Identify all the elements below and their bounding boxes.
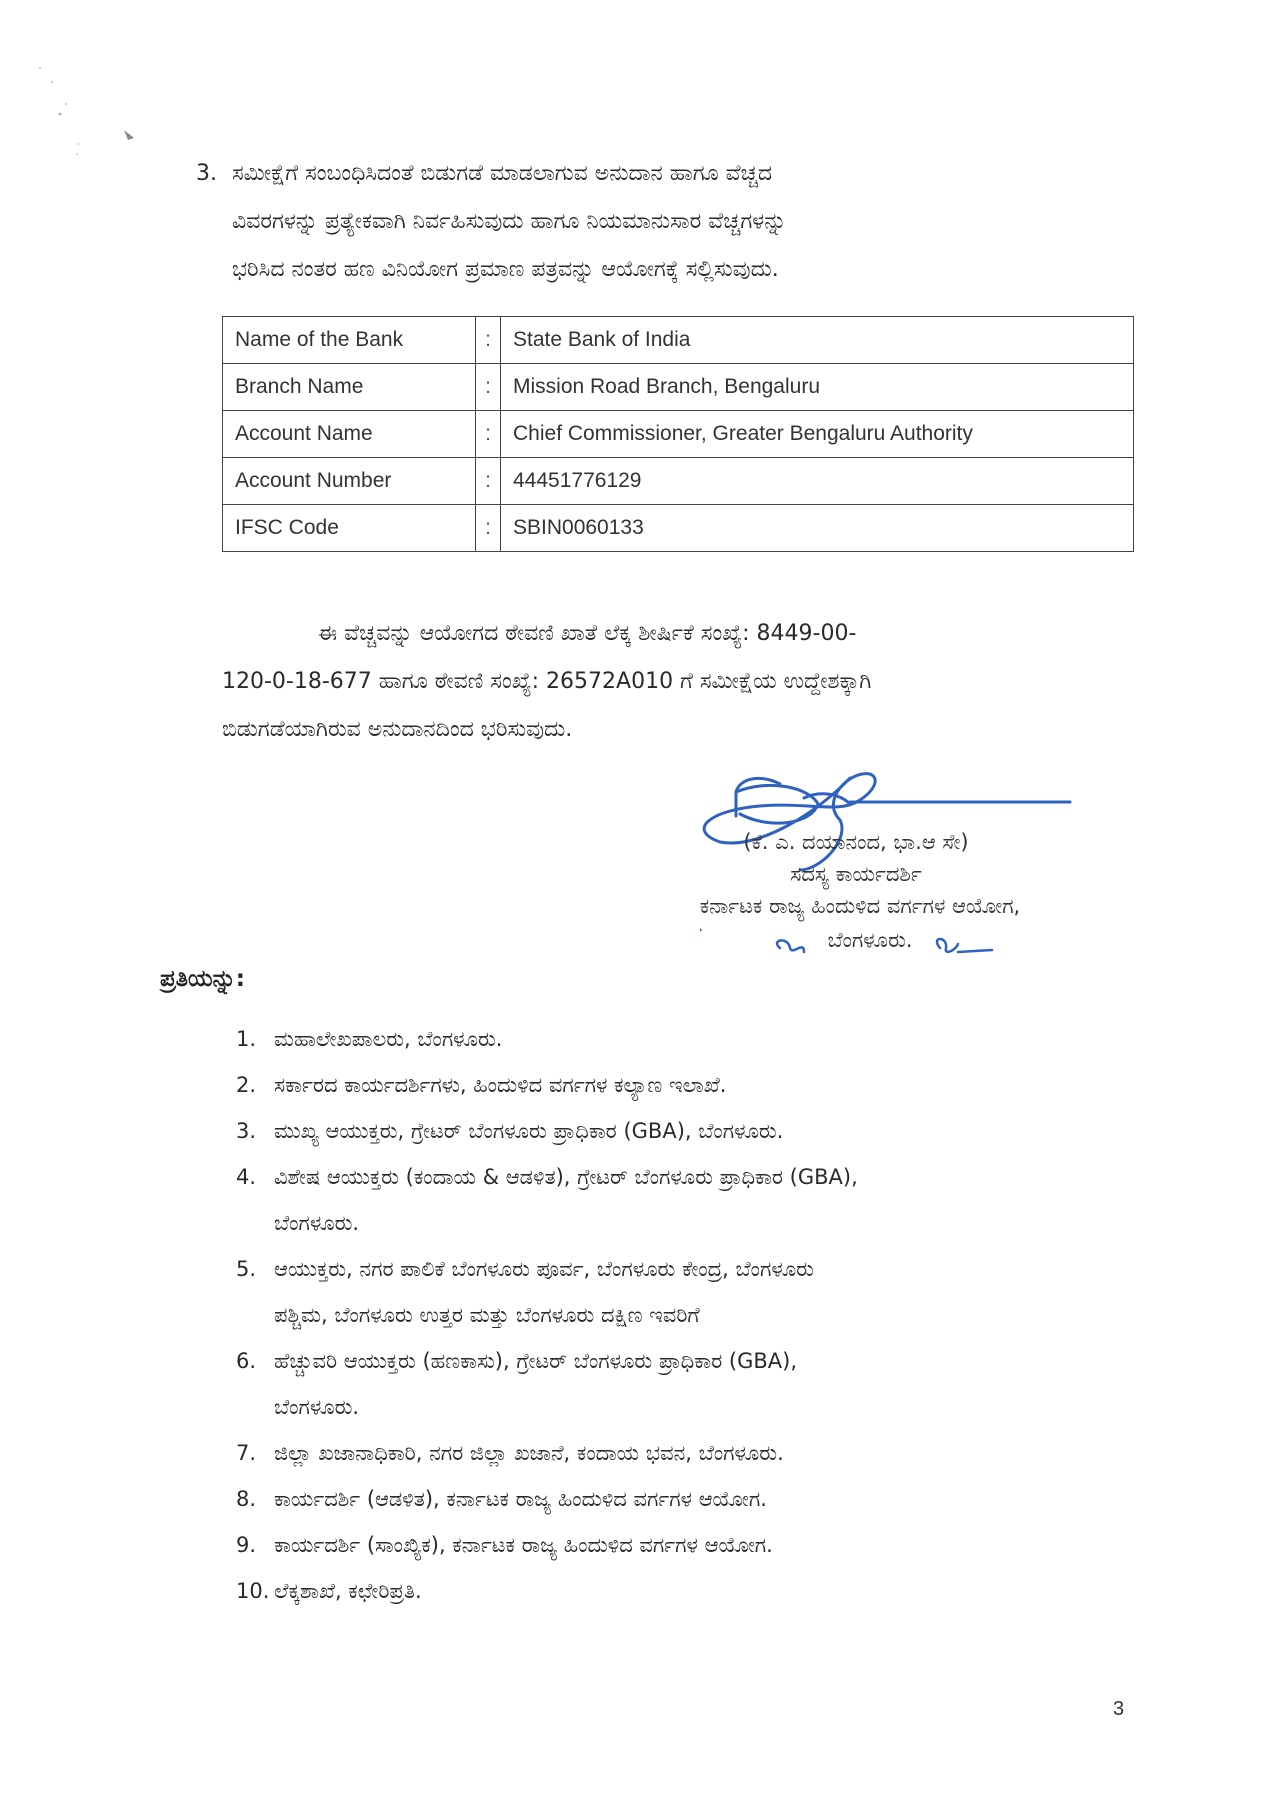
list-text: ಕಾರ್ಯದರ್ಶಿ (ಆಡಳಿತ), ಕರ್ನಾಟಕ ರಾಜ್ಯ ಹಿಂದುಳ… (274, 1476, 1126, 1522)
account-name-label: Account Name (223, 411, 476, 458)
separator: : (476, 364, 501, 411)
list-number: 5. (236, 1246, 256, 1292)
separator: : (476, 317, 501, 364)
list-number: 9. (236, 1522, 256, 1568)
list-item: 10. ಲೆಕ್ಕಶಾಖೆ, ಕಛೇರಿಪ್ರತಿ. (236, 1568, 1126, 1614)
list-item: 6. ಹೆಚ್ಚುವರಿ ಆಯುಕ್ತರು (ಹಣಕಾಸು), ಗ್ರೇಟರ್ … (236, 1338, 1126, 1430)
table-row: IFSC Code : SBIN0060133 (223, 505, 1134, 552)
bank-name-label: Name of the Bank (223, 317, 476, 364)
paragraph-line: ಬಿಡುಗಡೆಯಾಗಿರುವ ಅನುದಾನದಿಂದ ಭರಿಸುವುದು. (222, 706, 1132, 754)
list-text: ಜಿಲ್ಲಾ ಖಜಾನಾಧಿಕಾರಿ, ನಗರ ಜಿಲ್ಲಾ ಖಜಾನೆ, ಕಂ… (274, 1430, 1126, 1476)
list-text: ಪಶ್ಚಿಮ, ಬೆಂಗಳೂರು ಉತ್ತರ ಮತ್ತು ಬೆಂಗಳೂರು ದಕ… (274, 1292, 1126, 1338)
list-number: 7. (236, 1430, 256, 1476)
list-number: 2. (236, 1062, 256, 1108)
list-number: 1. (236, 1016, 256, 1062)
list-text: ಕಾರ್ಯದರ್ಶಿ (ಸಾಂಖ್ಯಿಕ), ಕರ್ನಾಟಕ ರಾಜ್ಯ ಹಿಂ… (274, 1522, 1126, 1568)
paragraph-line: ವಿವರಗಳನ್ನು ಪ್ರತ್ಯೇಕವಾಗಿ ನಿರ್ವಹಿಸುವುದು ಹಾ… (196, 198, 1126, 246)
table-row: Account Name : Chief Commissioner, Great… (223, 411, 1134, 458)
signatory-organization: ಕರ್ನಾಟಕ ರಾಜ್ಯ ಹಿಂದುಳಿದ ವರ್ಗಗಳ ಆಯೋಗ, (610, 894, 1110, 919)
paragraph-line: ಭರಿಸಿದ ನಂತರ ಹಣ ವಿನಿಯೋಗ ಪ್ರಮಾಣ ಪತ್ರವನ್ನು … (196, 246, 1126, 294)
list-text: ಬೆಂಗಳೂರು. (274, 1384, 1126, 1430)
list-item: 5. ಆಯುಕ್ತರು, ನಗರ ಪಾಲಿಕೆ ಬೆಂಗಳೂರು ಪೂರ್ವ, … (236, 1246, 1126, 1338)
signatory-name: (ಕೆ. ಎ. ದಯಾನಂದ, ಭಾ.ಆ ಸೇ) (706, 830, 1006, 855)
list-item: 1. ಮಹಾಲೇಖಪಾಲರು, ಬೆಂಗಳೂರು. (236, 1016, 1126, 1062)
list-item: 4. ವಿಶೇಷ ಆಯುಕ್ತರು (ಕಂದಾಯ & ಆಡಳಿತ), ಗ್ರೇಟ… (236, 1154, 1126, 1246)
list-number: 3. (236, 1108, 256, 1154)
list-number: 10. (236, 1568, 269, 1614)
branch-name-value: Mission Road Branch, Bengaluru (501, 364, 1134, 411)
account-number-label: Account Number (223, 458, 476, 505)
list-text: ಆಯುಕ್ತರು, ನಗರ ಪಾಲಿಕೆ ಬೆಂಗಳೂರು ಪೂರ್ವ, ಬೆಂ… (274, 1246, 1126, 1292)
list-item: 9. ಕಾರ್ಯದರ್ಶಿ (ಸಾಂಖ್ಯಿಕ), ಕರ್ನಾಟಕ ರಾಜ್ಯ … (236, 1522, 1126, 1568)
list-item: 8. ಕಾರ್ಯದರ್ಶಿ (ಆಡಳಿತ), ಕರ್ನಾಟಕ ರಾಜ್ಯ ಹಿಂ… (236, 1476, 1126, 1522)
separator: : (476, 505, 501, 552)
paragraph-number: 3. (196, 150, 230, 198)
list-item: 7. ಜಿಲ್ಲಾ ಖಜಾನಾಧಿಕಾರಿ, ನಗರ ಜಿಲ್ಲಾ ಖಜಾನೆ,… (236, 1430, 1126, 1476)
list-text: ಲೆಕ್ಕಶಾಖೆ, ಕಛೇರಿಪ್ರತಿ. (274, 1568, 1126, 1614)
list-text: ಹೆಚ್ಚುವರಿ ಆಯುಕ್ತರು (ಹಣಕಾಸು), ಗ್ರೇಟರ್ ಬೆಂ… (274, 1338, 1126, 1384)
ifsc-code-value: SBIN0060133 (501, 505, 1134, 552)
account-name-value: Chief Commissioner, Greater Bengaluru Au… (501, 411, 1134, 458)
signatory-city: ಬೆಂಗಳೂರು. (790, 928, 950, 953)
list-number: 4. (236, 1154, 256, 1200)
separator: : (476, 458, 501, 505)
scan-artifact (30, 60, 150, 180)
list-text: ಸರ್ಕಾರದ ಕಾರ್ಯದರ್ಶಿಗಳು, ಹಿಂದುಳಿದ ವರ್ಗಗಳ ಕ… (274, 1062, 1126, 1108)
list-text: ಮಹಾಲೇಖಪಾಲರು, ಬೆಂಗಳೂರು. (274, 1016, 1126, 1062)
copies-to-heading: ಪ್ರತಿಯನ್ನು: (160, 966, 245, 992)
list-number: 8. (236, 1476, 256, 1522)
list-number: 6. (236, 1338, 256, 1384)
signature-block: (ಕೆ. ಎ. ದಯಾನಂದ, ಭಾ.ಆ ಸೇ) ಸದಸ್ಯ ಕಾರ್ಯದರ್ಶ… (700, 770, 1120, 970)
ifsc-code-label: IFSC Code (223, 505, 476, 552)
bank-details-table: Name of the Bank : State Bank of India B… (222, 316, 1134, 552)
list-text: ವಿಶೇಷ ಆಯುಕ್ತರು (ಕಂದಾಯ & ಆಡಳಿತ), ಗ್ರೇಟರ್ … (274, 1154, 1126, 1200)
list-item: 2. ಸರ್ಕಾರದ ಕಾರ್ಯದರ್ಶಿಗಳು, ಹಿಂದುಳಿದ ವರ್ಗಗ… (236, 1062, 1126, 1108)
account-number-value: 44451776129 (501, 458, 1134, 505)
expense-paragraph: ಈ ವೆಚ್ಚವನ್ನು ಆಯೋಗದ ಠೇವಣಿ ಖಾತೆ ಲೆಕ್ಕ ಶೀರ್… (222, 610, 1132, 754)
branch-name-label: Branch Name (223, 364, 476, 411)
signatory-designation: ಸದಸ್ಯ ಕಾರ್ಯದರ್ಶಿ (706, 862, 1006, 887)
copies-to-list: 1. ಮಹಾಲೇಖಪಾಲರು, ಬೆಂಗಳೂರು. 2. ಸರ್ಕಾರದ ಕಾರ… (236, 1016, 1126, 1614)
page-number: 3 (1113, 1698, 1124, 1721)
table-row: Branch Name : Mission Road Branch, Benga… (223, 364, 1134, 411)
separator: : (476, 411, 501, 458)
list-item: 3. ಮುಖ್ಯ ಆಯುಕ್ತರು, ಗ್ರೇಟರ್ ಬೆಂಗಳೂರು ಪ್ರಾ… (236, 1108, 1126, 1154)
table-row: Name of the Bank : State Bank of India (223, 317, 1134, 364)
paragraph-line: ಈ ವೆಚ್ಚವನ್ನು ಆಯೋಗದ ಠೇವಣಿ ಖಾತೆ ಲೆಕ್ಕ ಶೀರ್… (222, 610, 1132, 658)
bank-name-value: State Bank of India (501, 317, 1134, 364)
list-text: ಬೆಂಗಳೂರು. (274, 1200, 1126, 1246)
paragraph-line: ಸಮೀಕ್ಷೆಗೆ ಸಂಬಂಧಿಸಿದಂತೆ ಬಿಡುಗಡೆ ಮಾಡಲಾಗುವ … (196, 150, 1126, 198)
paragraph-line: 120-0-18-677 ಹಾಗೂ ಠೇವಣಿ ಸಂಖ್ಯೆ: 26572A01… (222, 658, 1132, 706)
paragraph-3: 3. ಸಮೀಕ್ಷೆಗೆ ಸಂಬಂಧಿಸಿದಂತೆ ಬಿಡುಗಡೆ ಮಾಡಲಾಗ… (196, 150, 1126, 294)
table-row: Account Number : 44451776129 (223, 458, 1134, 505)
list-text: ಮುಖ್ಯ ಆಯುಕ್ತರು, ಗ್ರೇಟರ್ ಬೆಂಗಳೂರು ಪ್ರಾಧಿಕ… (274, 1108, 1126, 1154)
